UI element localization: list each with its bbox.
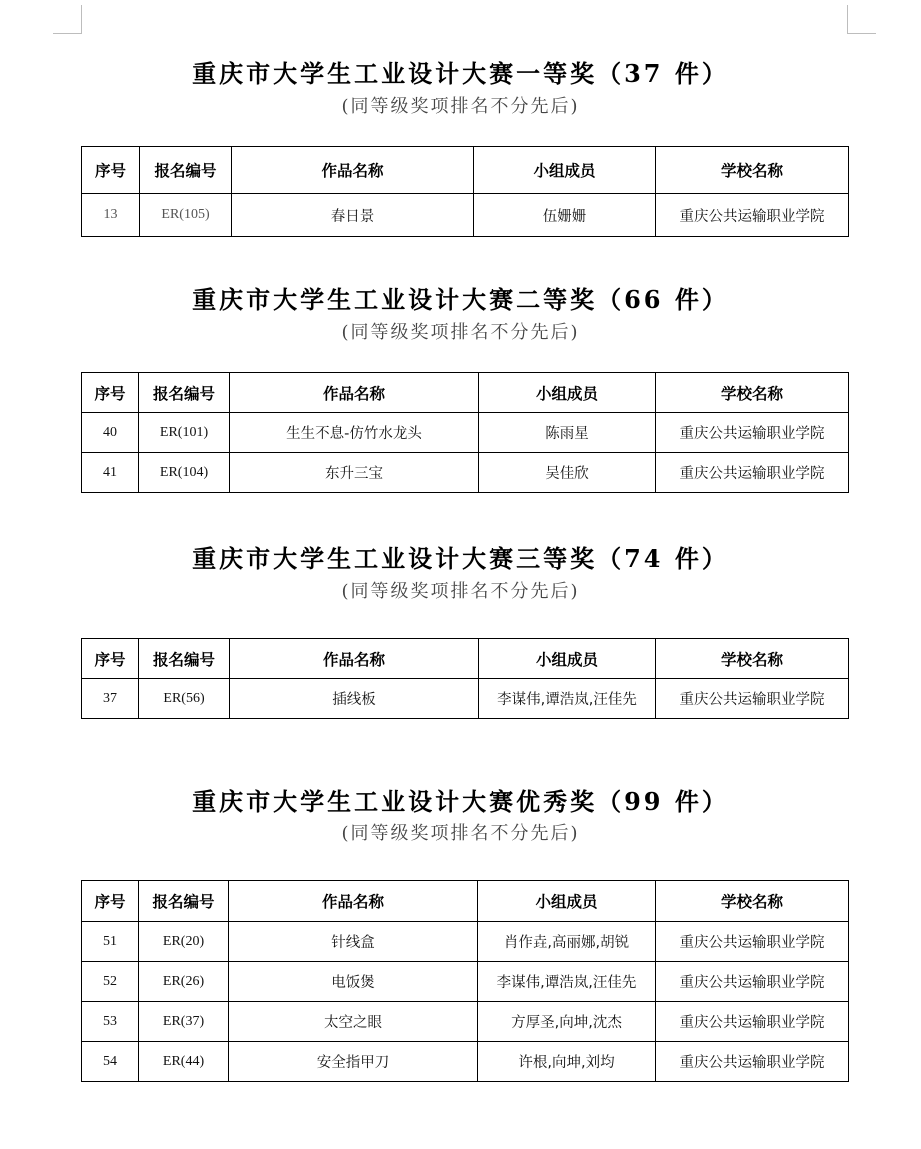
cell-work-name: 针线盒 xyxy=(229,922,478,962)
table-row: 53 ER(37) 太空之眼 方厚圣,向坤,沈杰 重庆公共运输职业学院 xyxy=(82,1002,849,1042)
table-row: 37 ER(56) 插线板 李谋伟,谭浩岚,汪佳先 重庆公共运输职业学院 xyxy=(82,679,849,719)
cell-team-members: 肖作垚,高丽娜,胡锐 xyxy=(478,922,656,962)
cell-work-name: 东升三宝 xyxy=(230,453,479,493)
cell-work-name: 插线板 xyxy=(230,679,479,719)
table-row: 52 ER(26) 电饭煲 李谋伟,谭浩岚,汪佳先 重庆公共运输职业学院 xyxy=(82,962,849,1002)
header-reg-number: 报名编号 xyxy=(140,147,232,194)
header-school-name: 学校名称 xyxy=(656,373,849,413)
header-index: 序号 xyxy=(82,639,139,679)
header-work-name: 作品名称 xyxy=(230,373,479,413)
cell-school-name: 重庆公共运输职业学院 xyxy=(656,1002,849,1042)
header-work-name: 作品名称 xyxy=(232,147,474,194)
table-excellence-award: 序号 报名编号 作品名称 小组成员 学校名称 51 ER(20) 针线盒 肖作垚… xyxy=(81,880,849,1082)
cell-reg-number: ER(105) xyxy=(140,194,232,237)
cell-work-name: 春日景 xyxy=(232,194,474,237)
header-index: 序号 xyxy=(82,881,139,922)
table-row: 41 ER(104) 东升三宝 吴佳欣 重庆公共运输职业学院 xyxy=(82,453,849,493)
header-reg-number: 报名编号 xyxy=(139,373,230,413)
cell-reg-number: ER(44) xyxy=(139,1042,229,1082)
cell-work-name: 太空之眼 xyxy=(229,1002,478,1042)
table-header-row: 序号 报名编号 作品名称 小组成员 学校名称 xyxy=(82,373,849,413)
header-team-members: 小组成员 xyxy=(479,639,656,679)
cell-school-name: 重庆公共运输职业学院 xyxy=(656,453,849,493)
cell-index: 37 xyxy=(82,679,139,719)
cell-school-name: 重庆公共运输职业学院 xyxy=(656,922,849,962)
cell-school-name: 重庆公共运输职业学院 xyxy=(656,413,849,453)
header-team-members: 小组成员 xyxy=(478,881,656,922)
header-school-name: 学校名称 xyxy=(656,881,849,922)
cell-reg-number: ER(20) xyxy=(139,922,229,962)
cell-team-members: 陈雨星 xyxy=(479,413,656,453)
cell-team-members: 吴佳欣 xyxy=(479,453,656,493)
table-third-prize: 序号 报名编号 作品名称 小组成员 学校名称 37 ER(56) 插线板 李谋伟… xyxy=(81,638,849,719)
cell-reg-number: ER(104) xyxy=(139,453,230,493)
section-title-first-prize: 重庆市大学生工业设计大赛一等奖（37 件） xyxy=(0,59,921,89)
section-subtitle-excellence-award: (同等级奖项排名不分先后) xyxy=(0,822,921,846)
cell-school-name: 重庆公共运输职业学院 xyxy=(656,1042,849,1082)
table-first-prize: 序号 报名编号 作品名称 小组成员 学校名称 13 ER(105) 春日景 伍姗… xyxy=(81,146,849,237)
header-team-members: 小组成员 xyxy=(474,147,656,194)
table-header-row: 序号 报名编号 作品名称 小组成员 学校名称 xyxy=(82,881,849,922)
section-title-second-prize: 重庆市大学生工业设计大赛二等奖（66 件） xyxy=(0,285,921,315)
header-team-members: 小组成员 xyxy=(479,373,656,413)
cell-index: 41 xyxy=(82,453,139,493)
header-work-name: 作品名称 xyxy=(230,639,479,679)
table-second-prize: 序号 报名编号 作品名称 小组成员 学校名称 40 ER(101) 生生不息-仿… xyxy=(81,372,849,493)
cell-reg-number: ER(37) xyxy=(139,1002,229,1042)
cell-index: 54 xyxy=(82,1042,139,1082)
page-corner-mark-top-left xyxy=(53,5,82,34)
table-header-row: 序号 报名编号 作品名称 小组成员 学校名称 xyxy=(82,639,849,679)
table-row: 13 ER(105) 春日景 伍姗姗 重庆公共运输职业学院 xyxy=(82,194,849,237)
cell-index: 40 xyxy=(82,413,139,453)
header-index: 序号 xyxy=(82,147,140,194)
cell-school-name: 重庆公共运输职业学院 xyxy=(656,962,849,1002)
section-subtitle-first-prize: (同等级奖项排名不分先后) xyxy=(0,95,921,119)
table-header-row: 序号 报名编号 作品名称 小组成员 学校名称 xyxy=(82,147,849,194)
header-school-name: 学校名称 xyxy=(656,639,849,679)
cell-reg-number: ER(101) xyxy=(139,413,230,453)
cell-team-members: 许根,向坤,刘均 xyxy=(478,1042,656,1082)
table-row: 54 ER(44) 安全指甲刀 许根,向坤,刘均 重庆公共运输职业学院 xyxy=(82,1042,849,1082)
table-row: 40 ER(101) 生生不息-仿竹水龙头 陈雨星 重庆公共运输职业学院 xyxy=(82,413,849,453)
section-subtitle-third-prize: (同等级奖项排名不分先后) xyxy=(0,580,921,604)
header-index: 序号 xyxy=(82,373,139,413)
cell-reg-number: ER(56) xyxy=(139,679,230,719)
cell-work-name: 安全指甲刀 xyxy=(229,1042,478,1082)
page-corner-mark-top-right xyxy=(847,5,876,34)
cell-index: 51 xyxy=(82,922,139,962)
table-row: 51 ER(20) 针线盒 肖作垚,高丽娜,胡锐 重庆公共运输职业学院 xyxy=(82,922,849,962)
cell-work-name: 电饭煲 xyxy=(229,962,478,1002)
cell-team-members: 李谋伟,谭浩岚,汪佳先 xyxy=(478,962,656,1002)
cell-team-members: 伍姗姗 xyxy=(474,194,656,237)
cell-index: 52 xyxy=(82,962,139,1002)
cell-index: 13 xyxy=(82,194,140,237)
cell-reg-number: ER(26) xyxy=(139,962,229,1002)
header-school-name: 学校名称 xyxy=(656,147,849,194)
header-reg-number: 报名编号 xyxy=(139,881,229,922)
section-title-third-prize: 重庆市大学生工业设计大赛三等奖（74 件） xyxy=(0,544,921,574)
cell-school-name: 重庆公共运输职业学院 xyxy=(656,679,849,719)
cell-team-members: 李谋伟,谭浩岚,汪佳先 xyxy=(479,679,656,719)
section-title-excellence-award: 重庆市大学生工业设计大赛优秀奖（99 件） xyxy=(0,787,921,817)
header-work-name: 作品名称 xyxy=(229,881,478,922)
cell-work-name: 生生不息-仿竹水龙头 xyxy=(230,413,479,453)
header-reg-number: 报名编号 xyxy=(139,639,230,679)
cell-team-members: 方厚圣,向坤,沈杰 xyxy=(478,1002,656,1042)
section-subtitle-second-prize: (同等级奖项排名不分先后) xyxy=(0,321,921,345)
cell-index: 53 xyxy=(82,1002,139,1042)
cell-school-name: 重庆公共运输职业学院 xyxy=(656,194,849,237)
